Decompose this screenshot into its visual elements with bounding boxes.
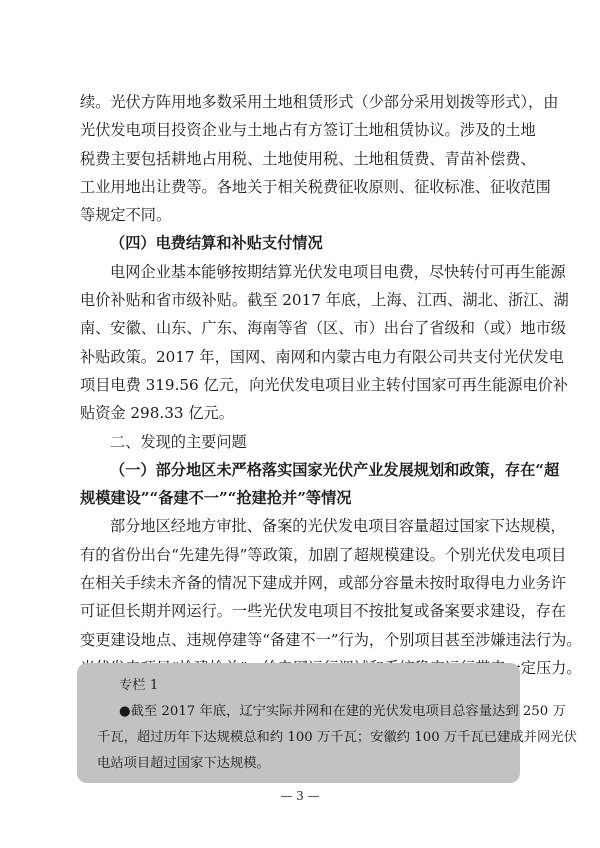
text-line: 可证但长期并网运行。一些光伏发电项目不按批复或备案要求建设，存在 xyxy=(80,597,524,625)
text-line: 南、安徽、山东、广东、海南等省（区、市）出台了省级和（或）地市级 xyxy=(80,314,524,342)
text-line: 变更建设地点、违规停建等“备建不一”行为，个别项目甚至涉嫌违法行为。 xyxy=(80,626,524,654)
text-line: 等规定不同。 xyxy=(80,201,524,229)
text-line: 贴资金 298.33 亿元。 xyxy=(80,399,524,427)
subsection-heading: 规模建设”“备建不一”“抢建抢并”等情况 xyxy=(80,484,524,512)
text-line: 补贴政策。2017 年，国网、南网和内蒙古电力有限公司共支付光伏发电 xyxy=(80,343,524,371)
text-line: 电价补贴和省市级补贴。截至 2017 年底，上海、江西、湖北、浙江、湖 xyxy=(80,286,524,314)
text-line: 工业用地出让费等。各地关于相关税费征收原则、征收标准、征收范围 xyxy=(80,173,524,201)
text-line: 电网企业基本能够按期结算光伏发电项目电费，尽快转付可再生能源 xyxy=(80,258,524,286)
text-line: 税费主要包括耕地占用税、土地使用税、土地租赁费、青苗补偿费、 xyxy=(80,145,524,173)
sidebar-box-line: 千瓦，超过历年下达规模总和约 100 万千瓦；安徽约 100 万千瓦已建成并网光… xyxy=(97,725,501,751)
part-heading: 二、发现的主要问题 xyxy=(80,428,524,456)
sidebar-box-line: ●截至 2017 年底，辽宁实际并网和在建的光伏发电项目总容量达到 250 万 xyxy=(97,699,501,725)
sidebar-box-line: 电站项目超过国家下达规模。 xyxy=(97,751,501,777)
text-line: 光伏发电项目投资企业与土地占有方签订土地租赁协议。涉及的土地 xyxy=(80,116,524,144)
text-line: 在相关手续未齐备的情况下建成并网，或部分容量未按时取得电力业务许 xyxy=(80,569,524,597)
section-heading: （四）电费结算和补贴支付情况 xyxy=(80,229,524,257)
subsection-heading: （一）部分地区未严格落实国家光伏产业发展规划和政策，存在“超 xyxy=(80,456,524,484)
sidebar-box: 专栏 1 ●截至 2017 年底，辽宁实际并网和在建的光伏发电项目总容量达到 2… xyxy=(77,663,520,783)
text-line: 续。光伏方阵用地多数采用土地租赁形式（少部分采用划拨等形式），由 xyxy=(80,88,524,116)
sidebar-box-title: 专栏 1 xyxy=(97,673,501,699)
page-number: — 3 — xyxy=(0,789,600,803)
text-line: 部分地区经地方审批、备案的光伏发电项目容量超过国家下达规模， xyxy=(80,512,524,540)
document-body: 续。光伏方阵用地多数采用土地租赁形式（少部分采用划拨等形式），由 光伏发电项目投… xyxy=(80,88,524,682)
text-line: 有的省份出台“先建先得”等政策，加剧了超规模建设。个别光伏发电项目 xyxy=(80,541,524,569)
text-line: 项目电费 319.56 亿元，向光伏发电项目业主转付国家可再生能源电价补 xyxy=(80,371,524,399)
